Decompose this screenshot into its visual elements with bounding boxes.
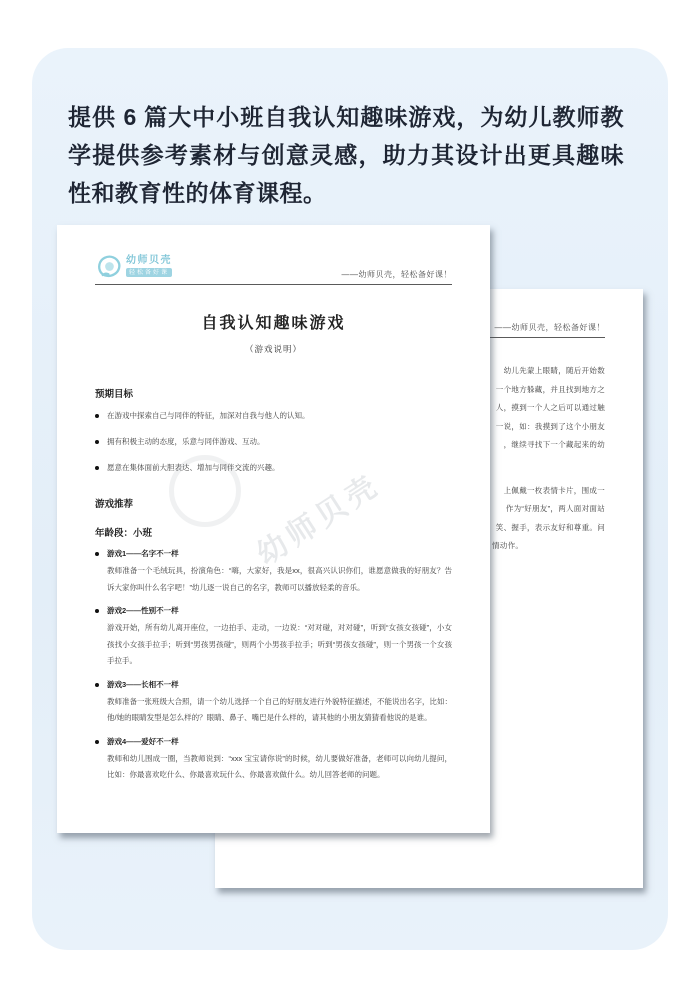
bullet-dot xyxy=(95,683,99,687)
bullet-dot xyxy=(95,466,99,470)
game-title-row: 游戏2——性别不一样 xyxy=(95,605,452,617)
front-page-slogan: ——幼师贝壳，轻松备好课！ xyxy=(342,269,453,280)
goal-text: 在游戏中探索自己与同伴的特征，加深对自我与他人的认知。 xyxy=(107,410,310,422)
brand-tagline: 轻松备好课 xyxy=(126,268,172,277)
game-block: 游戏2——性别不一样 游戏开始，所有幼儿离开座位，一边拍手、走动，一边说：“对对… xyxy=(95,605,452,670)
document-title: 自我认知趣味游戏 xyxy=(95,310,452,333)
game-title: 游戏2——性别不一样 xyxy=(107,605,179,617)
game-description: 游戏开始，所有幼儿离开座位，一边拍手、走动，一边说：“对对碰，对对碰”，听到“女… xyxy=(107,620,452,670)
recommend-heading: 游戏推荐 xyxy=(95,496,452,510)
goal-item: 拥有积极主动的态度，乐意与同伴游戏、互动。 xyxy=(95,436,452,448)
game-block: 游戏4——爱好不一样 教师和幼儿围成一圈，当教师说到：“xxx 宝宝请你说”的时… xyxy=(95,736,452,784)
document-subtitle: （游戏说明） xyxy=(95,343,452,355)
game-description: 教师准备一个毛绒玩具，扮演角色：“嗨，大家好，我是xx，很高兴认识你们，谁愿意做… xyxy=(107,563,452,596)
bullet-dot xyxy=(95,414,99,418)
promo-card: 提供 6 篇大中小班自我认知趣味游戏，为幼儿教师教学提供参考素材与创意灵感，助力… xyxy=(32,48,668,950)
bullet-dot xyxy=(95,740,99,744)
brand-name: 幼师贝壳 xyxy=(126,256,172,266)
front-document-page: 幼师贝壳 轻松备好课 ——幼师贝壳，轻松备好课！ 自我认知趣味游戏 （游戏说明）… xyxy=(57,225,490,833)
game-title: 游戏1——名字不一样 xyxy=(107,548,179,560)
game-title-row: 游戏3——长相不一样 xyxy=(95,679,452,691)
goal-item: 在游戏中探索自己与同伴的特征，加深对自我与他人的认知。 xyxy=(95,410,452,422)
game-title-row: 游戏1——名字不一样 xyxy=(95,548,452,560)
page-background: { "headline": { "text": "提供 6 篇大中小班自我认知趣… xyxy=(0,0,700,999)
front-page-divider xyxy=(95,284,452,285)
goal-text: 愿意在集体面前大胆表达、增加与同伴交流的兴趣。 xyxy=(107,462,280,474)
bullet-dot xyxy=(95,609,99,613)
goal-text: 拥有积极主动的态度，乐意与同伴游戏、互动。 xyxy=(107,436,265,448)
game-title-row: 游戏4——爱好不一样 xyxy=(95,736,452,748)
brand-logo-text: 幼师贝壳 轻松备好课 xyxy=(126,256,172,277)
game-block: 游戏3——长相不一样 教师准备一张班级大合照，请一个幼儿选择一个自己的好朋友进行… xyxy=(95,679,452,727)
brand-logo: 幼师贝壳 轻松备好课 xyxy=(95,253,172,280)
age-group-label: 年龄段：小班 xyxy=(95,525,452,539)
document-header: 幼师贝壳 轻松备好课 ——幼师贝壳，轻松备好课！ xyxy=(95,225,452,280)
game-title: 游戏3——长相不一样 xyxy=(107,679,179,691)
bullet-dot xyxy=(95,440,99,444)
goal-item: 愿意在集体面前大胆表达、增加与同伴交流的兴趣。 xyxy=(95,462,452,474)
game-title: 游戏4——爱好不一样 xyxy=(107,736,179,748)
goals-list: 在游戏中探索自己与同伴的特征，加深对自我与他人的认知。 拥有积极主动的态度，乐意… xyxy=(95,410,452,474)
bullet-dot xyxy=(95,552,99,556)
game-description: 教师准备一张班级大合照，请一个幼儿选择一个自己的好朋友进行外貌特征描述，不能说出… xyxy=(107,694,452,727)
game-block: 游戏1——名字不一样 教师准备一个毛绒玩具，扮演角色：“嗨，大家好，我是xx，很… xyxy=(95,548,452,596)
shell-hand-icon xyxy=(95,253,122,280)
headline-text: 提供 6 篇大中小班自我认知趣味游戏，为幼儿教师教学提供参考素材与创意灵感，助力… xyxy=(68,98,624,212)
goals-heading: 预期目标 xyxy=(95,386,452,400)
game-description: 教师和幼儿围成一圈，当教师说到：“xxx 宝宝请你说”的时候，幼儿要做好准备，老… xyxy=(107,751,452,784)
